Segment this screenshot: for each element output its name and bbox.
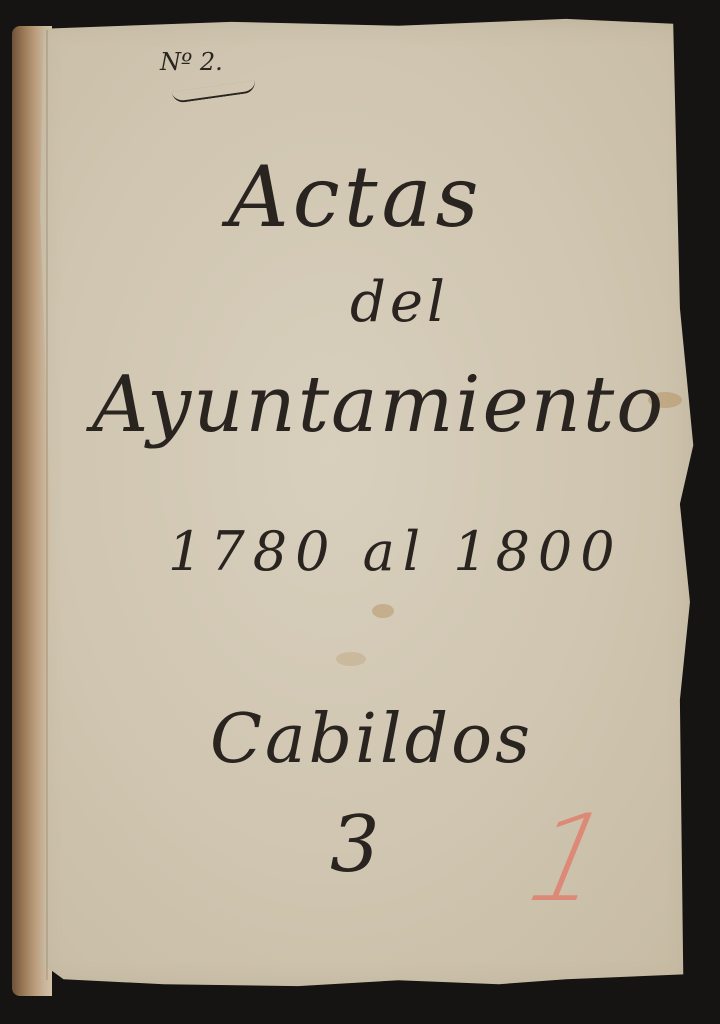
title-actas: Actas (228, 148, 483, 246)
paper-stain (336, 652, 366, 666)
title-ayuntamiento: Ayuntamiento (92, 360, 665, 450)
title-cabildos: Cabildos (210, 700, 533, 779)
title-mark: 3 (330, 800, 380, 890)
volume-number: Nº 2. (160, 48, 223, 76)
paper-stain (372, 604, 394, 618)
title-del: del (350, 270, 449, 335)
title-year-range: 1780 al 1800 (168, 520, 623, 583)
page-fold-line (46, 30, 48, 980)
